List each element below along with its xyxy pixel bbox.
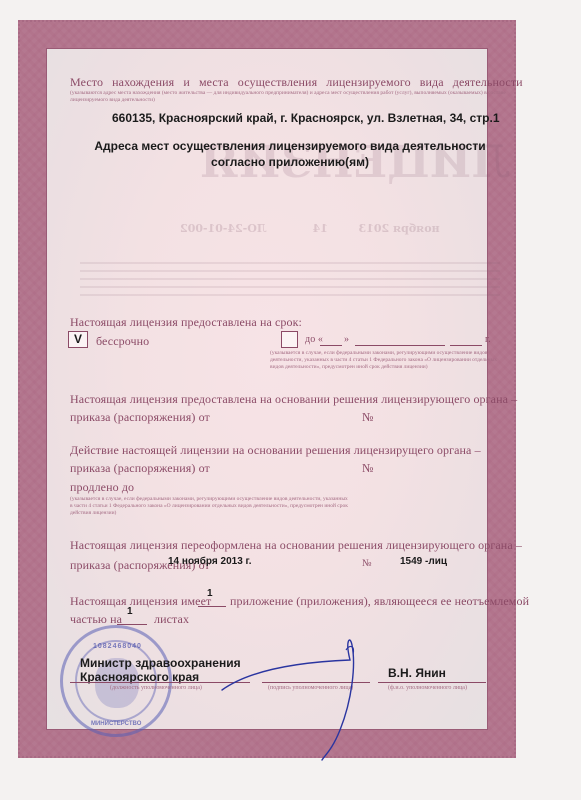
reissue-number-label: № bbox=[362, 558, 372, 569]
reissue-date: 14 ноября 2013 г. bbox=[168, 556, 252, 567]
position-caption: (должность уполномоченного лица) bbox=[110, 685, 202, 691]
unlimited-label: бессрочно bbox=[96, 334, 149, 349]
appendix-suffix: приложение (приложения), являющееся ее н… bbox=[230, 594, 529, 609]
basis-line2: приказа (распоряжения) от bbox=[70, 410, 210, 425]
until-month-field[interactable] bbox=[355, 345, 445, 346]
signer-name: В.Н. Янин bbox=[388, 666, 446, 680]
signer-position-line1: Министр здравоохранения bbox=[80, 656, 241, 670]
appendix-count: 1 bbox=[207, 588, 213, 599]
appendix-count-line bbox=[198, 606, 226, 607]
position-line bbox=[70, 682, 250, 683]
until-checkbox[interactable] bbox=[281, 331, 298, 348]
address-heading: Место нахождения и места осуществления л… bbox=[70, 75, 523, 90]
extended-until-label: продлено до bbox=[70, 480, 134, 495]
signature-caption: (подпись уполномоченного лица) bbox=[268, 685, 353, 691]
pages-count: 1 bbox=[127, 606, 133, 617]
signature-line bbox=[262, 682, 370, 683]
basis-line1: Настоящая лицензия предоставлена на осно… bbox=[70, 392, 517, 407]
address-hint: (указываются адрес места нахождения (мес… bbox=[70, 90, 520, 104]
stamp-text-bottom: МИНИСТЕРСТВО bbox=[91, 721, 141, 727]
extension-number-label: № bbox=[362, 461, 374, 476]
pages-suffix: листах bbox=[154, 612, 189, 627]
until-day-field[interactable] bbox=[320, 345, 342, 346]
address-value: 660135, Красноярский край, г. Красноярск… bbox=[112, 111, 500, 125]
extension-hint: (указывается в случае, если федеральными… bbox=[70, 496, 350, 517]
until-hint: (указывается в случае, если федеральными… bbox=[270, 350, 510, 371]
basis-number-label: № bbox=[362, 410, 374, 425]
places-note: Адреса мест осуществления лицензируемого… bbox=[70, 138, 510, 170]
appendix-prefix: Настоящая лицензия имеет bbox=[70, 594, 211, 609]
until-mid: » bbox=[344, 334, 349, 345]
unlimited-checkbox[interactable]: V bbox=[68, 331, 88, 348]
extension-line2: приказа (распоряжения) от bbox=[70, 461, 210, 476]
reissue-line1: Настоящая лицензия переоформлена на осно… bbox=[70, 538, 522, 553]
extension-line1: Действие настоящей лицензии на основании… bbox=[70, 443, 481, 458]
stamp-digits: 1082468040 bbox=[93, 643, 142, 650]
until-prefix: до « bbox=[305, 334, 323, 345]
until-suffix: г. bbox=[485, 334, 491, 345]
name-line bbox=[378, 682, 486, 683]
name-caption: (ф.и.о. уполномоченного лица) bbox=[388, 685, 467, 691]
until-year-field[interactable] bbox=[450, 345, 482, 346]
term-heading: Настоящая лицензия предоставлена на срок… bbox=[70, 315, 302, 330]
reissue-number: 1549 -лиц bbox=[400, 556, 447, 567]
signer-position: Министр здравоохранения Красноярского кр… bbox=[80, 656, 241, 684]
